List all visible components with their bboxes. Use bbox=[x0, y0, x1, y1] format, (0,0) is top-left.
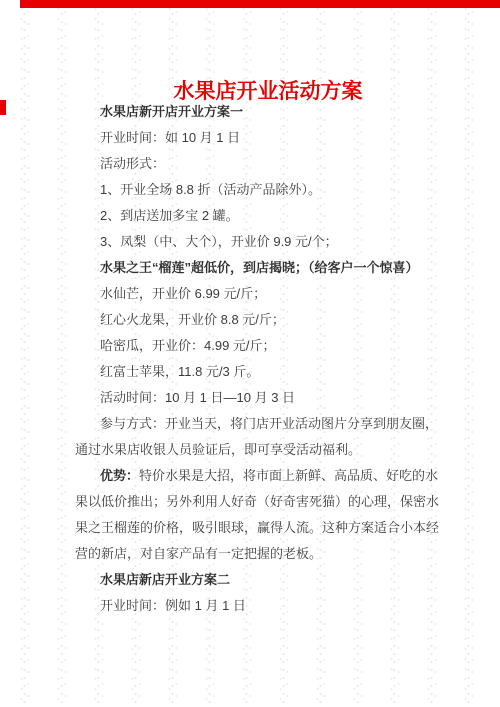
text-line: 活动形式： bbox=[75, 151, 465, 177]
document-body: 水果店新开店开业方案一开业时间：如 10 月 1 日活动形式：1、开业全场 8.… bbox=[75, 99, 465, 619]
text-line: 果以低价推出；另外利用人好奇（好奇害死猫）的心理，保密水 bbox=[75, 489, 465, 515]
text-line: 开业时间：例如 1 月 1 日 bbox=[75, 593, 465, 619]
text-line: 1、开业全场 8.8 折（活动产品除外）。 bbox=[75, 177, 465, 203]
text-line: 营的新店，对自家产品有一定把握的老板。 bbox=[75, 541, 465, 567]
text-line: 水果店新开店开业方案一 bbox=[75, 99, 465, 125]
text-line: 红心火龙果，开业价 8.8 元/斤； bbox=[75, 307, 465, 333]
text-line: 果之王榴莲的价格，吸引眼球，赢得人流。这种方案适合小本经 bbox=[75, 515, 465, 541]
text-line: 3、凤梨（中、大个），开业价 9.9 元/个； bbox=[75, 229, 465, 255]
bold-label: 优势： bbox=[100, 468, 139, 483]
text-line: 红富士苹果，11.8 元/3 斤。 bbox=[75, 359, 465, 385]
document-page: 水果店开业活动方案 水果店新开店开业方案一开业时间：如 10 月 1 日活动形式… bbox=[0, 0, 500, 707]
top-red-bar bbox=[20, 0, 500, 8]
text-line: 水果店新店开业方案二 bbox=[75, 567, 465, 593]
text-line: 开业时间：如 10 月 1 日 bbox=[75, 125, 465, 151]
text-line: 水果之王“榴莲”超低价，到店揭晓；（给客户一个惊喜） bbox=[75, 255, 465, 281]
text-line: 2、到店送加多宝 2 罐。 bbox=[75, 203, 465, 229]
text-line: 哈密瓜，开业价：4.99 元/斤； bbox=[75, 333, 465, 359]
text-line: 活动时间：10 月 1 日—10 月 3 日 bbox=[75, 385, 465, 411]
text-line: 优势：特价水果是大招，将市面上新鲜、高品质、好吃的水 bbox=[75, 463, 465, 489]
left-red-tick bbox=[0, 100, 6, 115]
text-line: 水仙芒，开业价 6.99 元/斤； bbox=[75, 281, 465, 307]
text-line: 参与方式：开业当天，将门店开业活动图片分享到朋友圈， bbox=[75, 411, 465, 437]
text-line: 通过水果店收银人员验证后，即可享受活动福利。 bbox=[75, 437, 465, 463]
